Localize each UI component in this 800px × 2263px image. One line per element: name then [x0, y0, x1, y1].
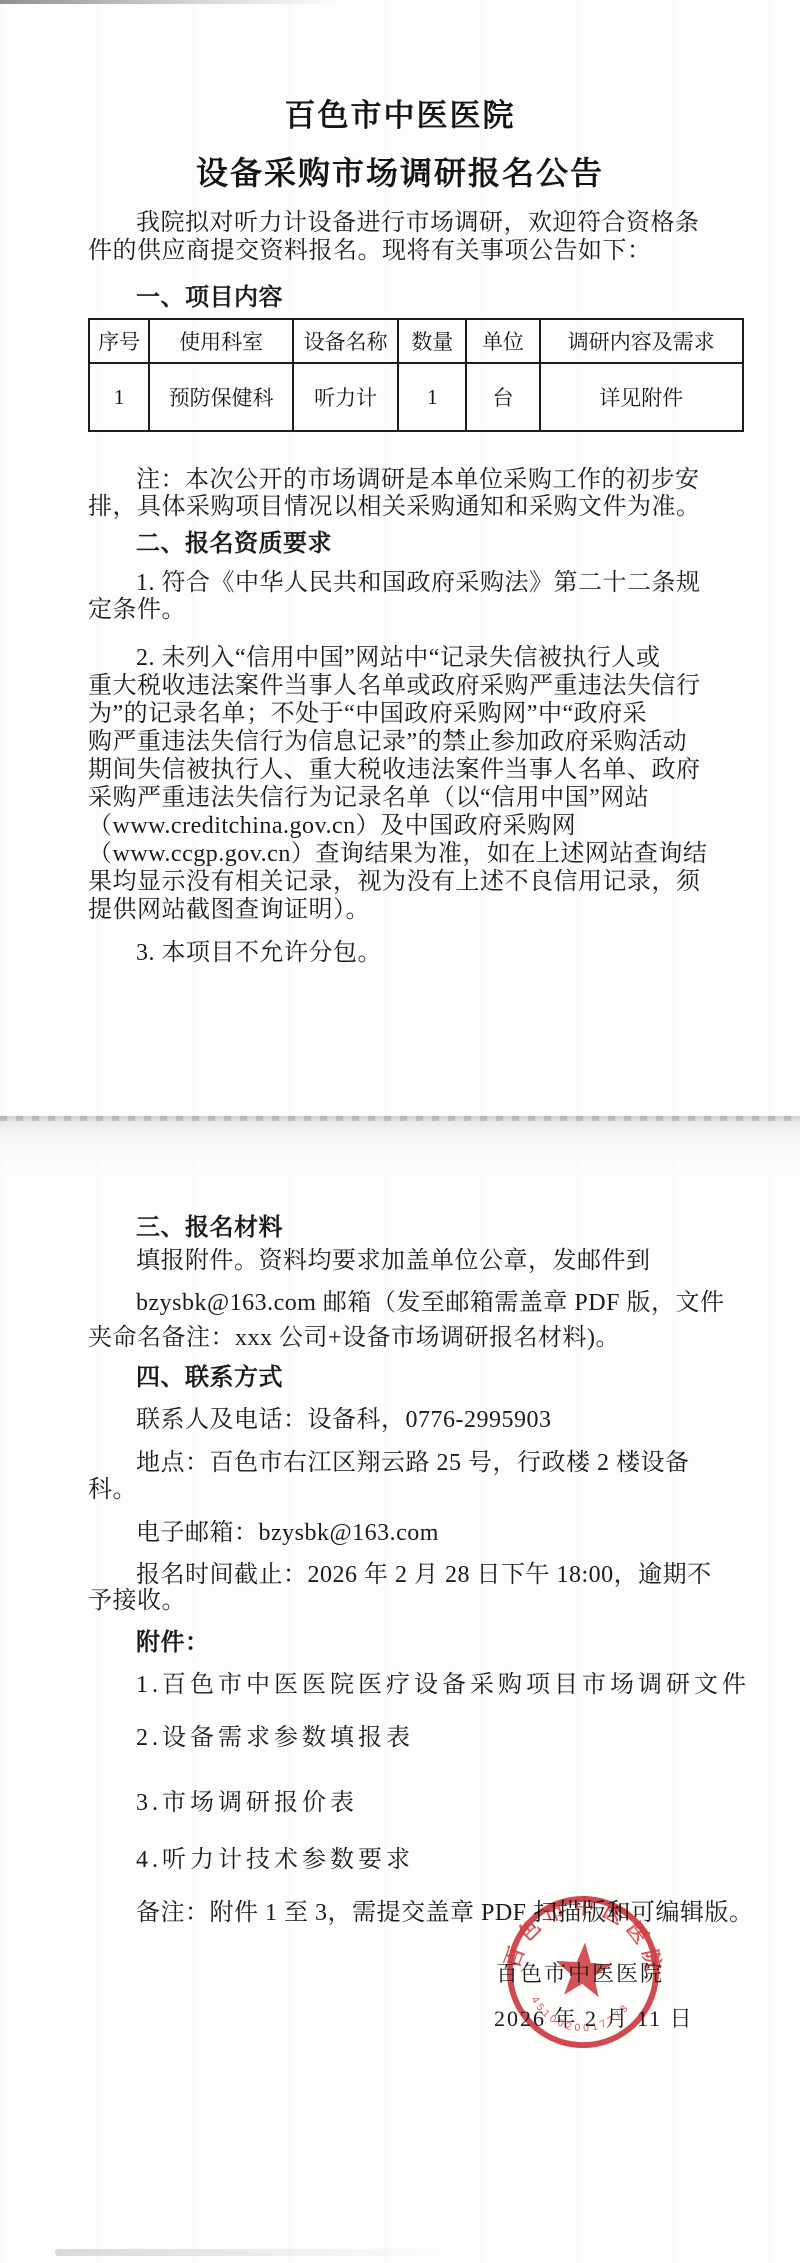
attachment-item: 2.设备需求参数填报表: [88, 1724, 792, 1754]
project-content-table: 序号 使用科室 设备名称 数量 单位 调研内容及需求 1 预防保健科 听力计 1…: [88, 318, 744, 432]
scanned-announcement-document: 百色市中医医院 设备采购市场调研报名公告 我院拟对听力计设备进行市场调研，欢迎符…: [0, 0, 800, 2263]
attachments-heading: 附件：: [88, 1629, 792, 1659]
qualification-item2-line: （www.ccgp.gov.cn）查询结果为准，如在上述网站查询结: [88, 840, 744, 870]
cell-requirement: 详见附件: [540, 363, 743, 431]
col-header-department: 使用科室: [149, 319, 293, 363]
qualification-item1-line: 1. 符合《中华人民共和国政府采购法》第二十二条规: [88, 569, 792, 599]
qualification-item2-line: 采购严重违法失信行为记录名单（以“信用中国”网站: [88, 784, 744, 814]
col-header-requirement: 调研内容及需求: [540, 319, 743, 363]
col-header-quantity: 数量: [398, 319, 466, 363]
qualification-item1-line: 定条件。: [88, 596, 744, 626]
col-header-index: 序号: [89, 319, 149, 363]
section1-heading: 一、项目内容: [88, 284, 792, 314]
address-line: 科。: [88, 1476, 744, 1506]
table-note-line: 排，具体采购项目情况以相关采购通知和采购文件为准。: [88, 493, 744, 523]
signature-date: 2026 年 2 月 11 日: [494, 2005, 684, 2035]
section4-heading: 四、联系方式: [88, 1364, 792, 1394]
table-header-row: 序号 使用科室 设备名称 数量 单位 调研内容及需求: [89, 319, 743, 363]
materials-line: 夹命名备注：xxx 公司+设备市场调研报名材料)。: [88, 1324, 744, 1354]
qualification-item2-line: 果均显示没有相关记录，视为没有上述不良信用记录，须: [88, 868, 744, 898]
scan-bottom-edge-artifact: [55, 2249, 445, 2256]
table-row: 1 预防保健科 听力计 1 台 详见附件: [89, 363, 743, 431]
materials-line: 填报附件。资料均要求加盖单位公章，发邮件到: [88, 1247, 792, 1277]
col-header-device: 设备名称: [293, 319, 398, 363]
remark-line: 备注：附件 1 至 3，需提交盖章 PDF 扫描版和可编辑版。: [88, 1899, 792, 1929]
cell-unit: 台: [466, 363, 539, 431]
table-note-line: 注：本次公开的市场调研是本单位采购工作的初步安: [88, 466, 792, 496]
cell-department: 预防保健科: [149, 363, 293, 431]
contact-phone-line: 联系人及电话：设备科，0776-2995903: [88, 1406, 792, 1436]
scan-top-edge-artifact: [0, 0, 340, 4]
qualification-item2-line: 为”的记录名单；不处于“中国政府采购网”中“政府采: [88, 700, 744, 730]
deadline-line: 予接收。: [88, 1587, 744, 1617]
cell-index: 1: [89, 363, 149, 431]
attachment-item: 3.市场调研报价表: [88, 1789, 792, 1819]
qualification-item2-line: 2. 未列入“信用中国”网站中“记录失信被执行人或: [88, 644, 792, 674]
attachment-item: 1.百色市中医医院医疗设备采购项目市场调研文件: [88, 1671, 792, 1701]
section3-heading: 三、报名材料: [88, 1214, 792, 1244]
intro-line: 件的供应商提交资料报名。现将有关事项公告如下：: [88, 237, 744, 267]
materials-line: bzysbk@163.com 邮箱（发至邮箱需盖章 PDF 版，文件: [88, 1289, 792, 1319]
address-line: 地点：百色市右江区翔云路 25 号，行政楼 2 楼设备: [88, 1449, 792, 1479]
qualification-item2-line: 提供网站截图查询证明）。: [88, 896, 744, 926]
document-title-org: 百色市中医医院: [0, 90, 800, 135]
qualification-item2-line: 期间失信被执行人、重大税收违法案件当事人名单、政府: [88, 756, 744, 786]
qualification-item2-line: （www.creditchina.gov.cn）及中国政府采购网: [88, 812, 744, 842]
col-header-unit: 单位: [466, 319, 539, 363]
email-line: 电子邮箱：bzysbk@163.com: [88, 1519, 792, 1549]
section2-heading: 二、报名资质要求: [88, 530, 792, 560]
scan-page-break-artifact: [0, 1116, 800, 1188]
qualification-item3: 3. 本项目不允许分包。: [88, 939, 792, 969]
qualification-item2-line: 重大税收违法案件当事人名单或政府采购严重违法失信行: [88, 672, 744, 702]
intro-line: 我院拟对听力计设备进行市场调研，欢迎符合资格条: [88, 209, 792, 239]
cell-device: 听力计: [293, 363, 398, 431]
document-title-subject: 设备采购市场调研报名公告: [0, 148, 800, 194]
signature-org: 百色市中医医院: [496, 1960, 686, 1990]
cell-quantity: 1: [398, 363, 466, 431]
qualification-item2-line: 购严重违法失信行为信息记录”的禁止参加政府采购活动: [88, 728, 744, 758]
attachment-item: 4.听力计技术参数要求: [88, 1846, 792, 1876]
